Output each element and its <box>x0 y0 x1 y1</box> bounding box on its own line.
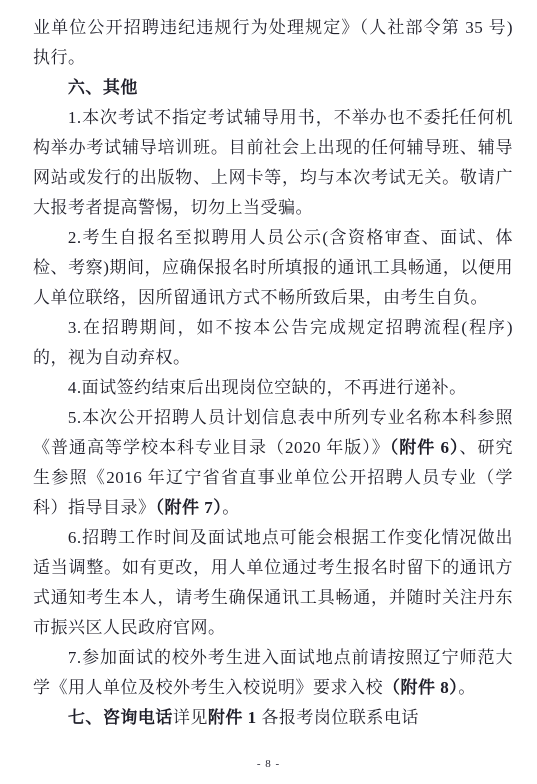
attachment-ref-1: 附件 1 <box>208 708 262 727</box>
page-footer: - 8 - <box>0 758 537 770</box>
text-run: 4.面试签约结束后出现岗位空缺的，不再进行递补。 <box>68 378 467 397</box>
heading-text: 七、咨询电话 <box>68 708 173 727</box>
text-run: 。 <box>222 498 240 517</box>
section-heading-other: 六、其他 <box>33 73 513 103</box>
section-heading-consult-phone: 七、咨询电话详见附件 1 各报考岗位联系电话 <box>33 703 513 733</box>
text-run: 。 <box>458 678 476 697</box>
paragraph-item-4: 4.面试签约结束后出现岗位空缺的，不再进行递补。 <box>33 373 513 403</box>
text-run: 6.招聘工作时间及面试地点可能会根据工作变化情况做出适当调整。如有更改，用人单位… <box>33 528 513 637</box>
text-run: 详见 <box>173 708 208 727</box>
paragraph-item-3: 3.在招聘期间，如不按本公告完成规定招聘流程(程序)的，视为自动弃权。 <box>33 313 513 373</box>
heading-text: 六、其他 <box>68 78 138 97</box>
attachment-ref-8: （附件 8） <box>383 678 458 697</box>
attachment-ref-6: （附件 6） <box>390 438 460 457</box>
document-page: 业单位公开招聘违纪违规行为处理规定》（人社部令第 35 号)执行。 六、其他 1… <box>0 0 537 784</box>
paragraph-item-7: 7.参加面试的校外考生进入面试地点前请按照辽宁师范大学《用人单位及校外考生入校说… <box>33 643 513 703</box>
announcement-body: 业单位公开招聘违纪违规行为处理规定》（人社部令第 35 号)执行。 六、其他 1… <box>33 13 513 733</box>
paragraph-item-6: 6.招聘工作时间及面试地点可能会根据工作变化情况做出适当调整。如有更改，用人单位… <box>33 523 513 643</box>
text-run: 2.考生自报名至拟聘用人员公示(含资格审查、面试、体检、考察)期间，应确保报名时… <box>33 228 513 307</box>
paragraph-continuation: 业单位公开招聘违纪违规行为处理规定》（人社部令第 35 号)执行。 <box>33 13 513 73</box>
paragraph-item-2: 2.考生自报名至拟聘用人员公示(含资格审查、面试、体检、考察)期间，应确保报名时… <box>33 223 513 313</box>
text-run: 3.在招聘期间，如不按本公告完成规定招聘流程(程序)的，视为自动弃权。 <box>33 318 513 367</box>
attachment-ref-7: （附件 7） <box>156 498 223 517</box>
text-run: 各报考岗位联系电话 <box>261 708 419 727</box>
paragraph-item-5: 5.本次公开招聘人员计划信息表中所列专业名称本科参照《普通高等学校本科专业目录（… <box>33 403 513 523</box>
paragraph-item-1: 1.本次考试不指定考试辅导用书，不举办也不委托任何机构举办考试辅导培训班。目前社… <box>33 103 513 223</box>
text-run: 1.本次考试不指定考试辅导用书，不举办也不委托任何机构举办考试辅导培训班。目前社… <box>33 108 513 217</box>
text-run: 业单位公开招聘违纪违规行为处理规定》（人社部令第 35 号)执行。 <box>33 18 513 67</box>
page-number: - 8 - <box>257 758 280 770</box>
